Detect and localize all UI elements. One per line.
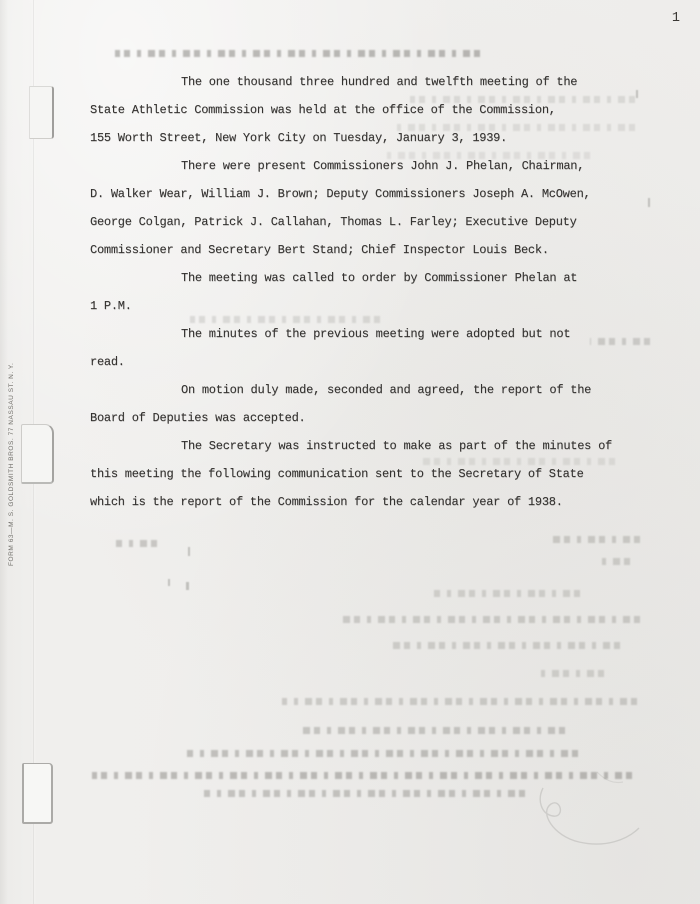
bleed-through-mark bbox=[112, 540, 157, 547]
document-line: 155 Worth Street, New York City on Tuesd… bbox=[90, 124, 615, 152]
bleed-through-mark bbox=[282, 698, 637, 705]
bleed-through-mark bbox=[115, 50, 480, 57]
document-line: The minutes of the previous meeting were… bbox=[90, 320, 615, 348]
bleed-through-mark bbox=[183, 750, 578, 757]
document-line: this meeting the following communication… bbox=[90, 460, 615, 488]
bleed-through-mark bbox=[648, 198, 650, 207]
document-line: The Secretary was instructed to make as … bbox=[90, 432, 615, 460]
bleed-through-mark bbox=[186, 582, 189, 590]
document-line: Commissioner and Secretary Bert Stand; C… bbox=[90, 236, 615, 264]
document-line: read. bbox=[90, 348, 615, 376]
bleed-through-mark bbox=[596, 558, 630, 565]
page-number: 1 bbox=[672, 11, 680, 26]
document-line: Board of Deputies was accepted. bbox=[90, 404, 615, 432]
bleed-through-mark bbox=[430, 590, 580, 597]
document-body: The one thousand three hundred and twelf… bbox=[90, 68, 615, 516]
document-line: D. Walker Wear, William J. Brown; Deputy… bbox=[90, 180, 615, 208]
bleed-through-mark bbox=[188, 547, 190, 556]
binder-hole-mark bbox=[29, 86, 54, 139]
printer-form-mark: FORM 63—M. S. GOLDSMITH BROS. 77 NASSAU … bbox=[8, 363, 15, 566]
document-line: On motion duly made, seconded and agreed… bbox=[90, 376, 615, 404]
document-line: which is the report of the Commission fo… bbox=[90, 488, 615, 516]
bleed-through-mark bbox=[168, 579, 170, 586]
document-line: There were present Commissioners John J.… bbox=[90, 152, 615, 180]
bleed-through-mark bbox=[300, 727, 565, 734]
document-line: The one thousand three hundred and twelf… bbox=[90, 68, 615, 96]
scan-edge-shading bbox=[0, 0, 8, 904]
bleed-through-mark bbox=[390, 642, 620, 649]
pencil-squiggle bbox=[535, 770, 645, 860]
binder-hole-mark bbox=[21, 424, 54, 484]
binder-hole-mark bbox=[22, 763, 53, 824]
document-line: The meeting was called to order by Commi… bbox=[90, 264, 615, 292]
bleed-through-mark bbox=[538, 670, 604, 677]
bleed-through-mark bbox=[340, 616, 640, 623]
scanned-page: 1 FORM 63—M. S. GOLDSMITH BROS. 77 NASSA… bbox=[0, 0, 700, 904]
document-line: State Athletic Commission was held at th… bbox=[90, 96, 615, 124]
document-line: George Colgan, Patrick J. Callahan, Thom… bbox=[90, 208, 615, 236]
bleed-through-mark bbox=[552, 536, 640, 543]
bleed-through-mark bbox=[636, 90, 638, 98]
bleed-through-mark bbox=[200, 790, 525, 797]
document-line: 1 P.M. bbox=[90, 292, 615, 320]
